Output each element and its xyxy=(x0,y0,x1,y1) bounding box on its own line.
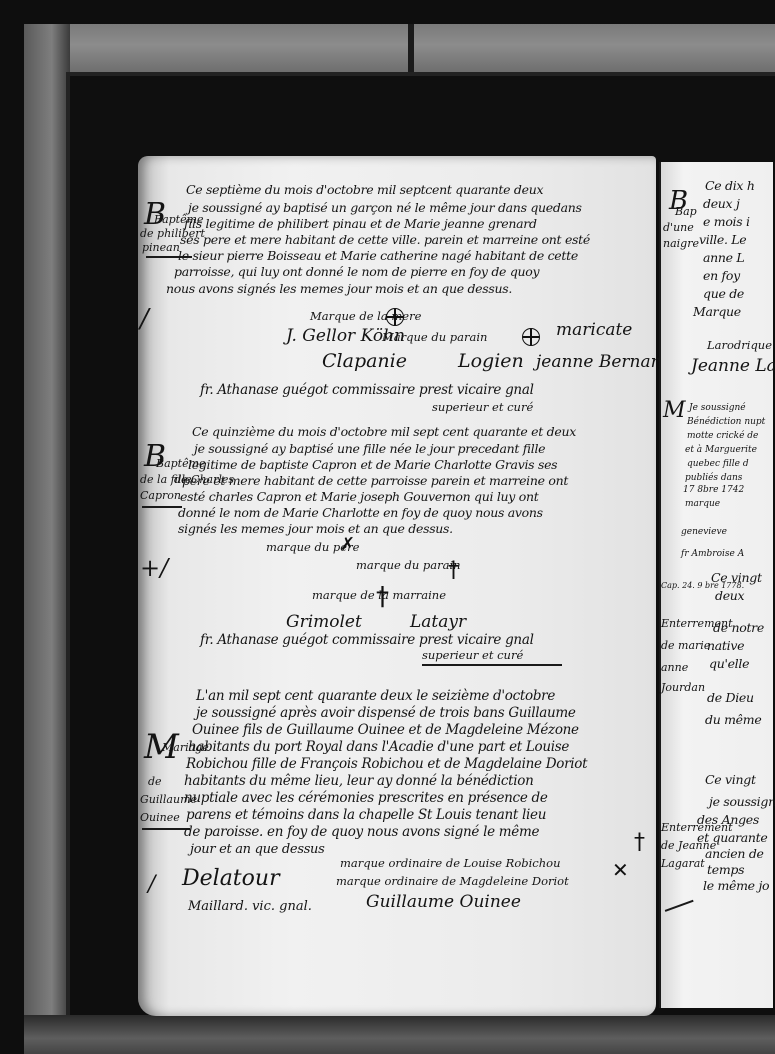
entry-line: de notre xyxy=(713,622,764,635)
entry-line: fr Ambroise A xyxy=(681,550,744,559)
entry-line: parens et témoins dans la chapelle St Lo… xyxy=(186,809,546,823)
entry-line: legitime de baptiste Capron et de Marie … xyxy=(188,459,557,472)
officiant-signature: fr. Athanase guégot commissaire prest vi… xyxy=(200,634,534,648)
entry-line: deux j xyxy=(703,198,740,211)
margin-note: de marie xyxy=(661,640,710,651)
officiant-title: superieur et curé xyxy=(422,650,523,662)
entry-line: et à Marguerite xyxy=(685,446,757,455)
margin-note: anne xyxy=(661,662,688,673)
cross-mark-icon: † xyxy=(448,560,459,582)
margin-note: Lagarat xyxy=(661,858,705,869)
folio-mark: / xyxy=(148,874,155,896)
entry-line: ses pere et mere habitant de cette ville… xyxy=(180,234,590,247)
entry-line: deux xyxy=(715,590,744,603)
entry-line: nuptiale avec les cérémonies prescrites … xyxy=(184,792,548,806)
mark-text: Marque du parain xyxy=(382,332,487,344)
entry-line: genevieve xyxy=(681,528,727,537)
entry-line: L'an mil sept cent quarante deux le seiz… xyxy=(196,690,555,704)
entry-line: je soussigné ay baptisé un garçon né le … xyxy=(188,202,582,215)
entry-line: Ce septième du mois d'octobre mil septce… xyxy=(186,184,543,197)
entry-line: habitants du port Royal dans l'Acadie d'… xyxy=(188,741,569,755)
entry-line: du même xyxy=(705,714,761,727)
mark-text: marque ordinaire de Louise Robichou xyxy=(340,858,560,870)
entry-line: jour et an que dessus xyxy=(190,843,325,856)
entry-line: de Dieu xyxy=(707,692,754,705)
entry-line: pere et mere habitant de cette parroisse… xyxy=(182,475,568,488)
margin-flourish xyxy=(142,828,190,830)
cross-circle-mark-icon xyxy=(386,308,404,326)
left-page: B Baptême de philibert pinean Ce septièm… xyxy=(138,156,656,1016)
entry-line: le sieur pierre Boisseau et Marie cather… xyxy=(178,250,578,263)
entry-line: je soussigné après avoir dispensé de tro… xyxy=(196,707,576,721)
entry-line: en foy xyxy=(703,270,740,283)
cross-mark-icon: † xyxy=(376,584,389,610)
entry-line: Ce vingt xyxy=(705,774,756,787)
signature: Jeanne La xyxy=(691,358,775,375)
signature: Delatour xyxy=(182,868,280,890)
entry-line: parroisse, qui luy ont donné le nom de p… xyxy=(174,266,539,279)
entry-line: de paroisse. en foy de quoy nous avons s… xyxy=(184,826,539,840)
entry-line: fils legitime de philibert pinau et de M… xyxy=(184,218,537,231)
signature: Grimolet xyxy=(286,614,362,631)
signature: Larodrique xyxy=(707,340,772,352)
entry-line: Marque xyxy=(693,306,741,319)
signature: Latayr xyxy=(410,614,466,631)
entry-line: 17 8bre 1742 xyxy=(683,486,744,495)
entry-line: qu'elle xyxy=(709,658,749,671)
entry-line: Ce vingt xyxy=(711,572,762,585)
margin-note: Capron xyxy=(140,490,181,501)
scan-frame-top xyxy=(24,24,775,76)
entry-line: publiés dans xyxy=(685,474,742,483)
margin-note: naigre xyxy=(663,238,699,249)
entry-line: ville. Le xyxy=(699,234,746,247)
entry-line: motte crické de xyxy=(687,432,758,441)
folio-mark: +/ xyxy=(140,556,168,580)
frame-inner-edge xyxy=(70,72,775,76)
mark-text: marque du parain xyxy=(356,560,461,572)
margin-note: Ouinee xyxy=(140,812,180,823)
entry-line: signés les memes jour mois et an que des… xyxy=(178,523,453,536)
entry-line: donné le nom de Marie Charlotte en foy d… xyxy=(178,507,543,520)
signature: Clapanie xyxy=(322,352,407,371)
margin-note: Bap xyxy=(675,206,697,217)
officiant-signature: fr. Athanase guégot commissaire prest vi… xyxy=(200,384,534,398)
signature: maricate xyxy=(556,322,632,339)
entry-line: Bénédiction nupt xyxy=(687,418,765,427)
margin-note: de xyxy=(148,776,162,787)
entry-line: nous avons signés les memes jour mois et… xyxy=(166,283,512,296)
signature: Logien xyxy=(458,352,524,371)
margin-note: M xyxy=(663,400,686,422)
scan-frame-left xyxy=(24,24,70,1054)
entry-line: le même jo xyxy=(703,880,769,893)
entry-line: Robichou fille de François Robichou et d… xyxy=(186,758,587,772)
entry-line: ancien de xyxy=(705,848,764,861)
cross-mark-icon: † xyxy=(634,832,645,854)
entry-line: marque xyxy=(685,500,720,509)
entry-line: je soussigné ay baptisé une fille née le… xyxy=(194,443,545,456)
cross-circle-mark-icon xyxy=(522,328,540,346)
entry-line: Ce dix h xyxy=(705,180,755,193)
margin-note: Jourdan xyxy=(661,682,705,693)
entry-line: quebec fille d xyxy=(687,460,749,469)
scan-frame-bottom xyxy=(24,1015,775,1054)
entry-line: des Anges xyxy=(697,814,759,827)
folio-mark: / xyxy=(140,306,149,332)
scan-shadow xyxy=(70,76,775,160)
entry-line: temps xyxy=(707,864,744,877)
entry-line: anne L xyxy=(703,252,744,265)
margin-flourish xyxy=(142,506,182,508)
mark-text: Marque de la mere xyxy=(310,311,421,323)
entry-line: habitants du même lieu, leur ay donné la… xyxy=(184,775,534,789)
frame-divider xyxy=(408,24,414,76)
cross-mark-icon: ✗ xyxy=(340,536,355,554)
right-page: B Bap d'une naigre Ce dix h deux j e moi… xyxy=(659,162,773,1008)
entry-line: esté charles Capron et Marie joseph Gouv… xyxy=(180,491,538,504)
signature: jeanne Bernard xyxy=(536,354,670,371)
mark-text: marque ordinaire de Magdeleine Doriot xyxy=(336,876,569,888)
signature: Guillaume Ouinee xyxy=(366,894,521,911)
entry-line: native xyxy=(707,640,744,653)
entry-line: Ce quinzième du mois d'octobre mil sept … xyxy=(192,426,576,439)
margin-note: pinean xyxy=(142,242,180,253)
underline-rule xyxy=(422,664,562,666)
entry-line: Je soussigné xyxy=(689,404,746,413)
margin-note: d'une xyxy=(663,222,694,233)
officiant-title: superieur et curé xyxy=(432,402,533,414)
frame-inner-edge-left xyxy=(66,72,70,1054)
entry-line: e mois i xyxy=(703,216,750,229)
signature: Maillard. vic. gnal. xyxy=(188,900,312,913)
margin-flourish xyxy=(665,900,694,912)
entry-line: que de xyxy=(703,288,744,301)
cross-mark-icon: ✕ xyxy=(612,860,629,880)
entry-line: je soussign xyxy=(709,796,775,809)
entry-line: Ouinee fils de Guillaume Ouinee et de Ma… xyxy=(192,724,579,738)
entry-line: et quarante xyxy=(697,832,768,845)
